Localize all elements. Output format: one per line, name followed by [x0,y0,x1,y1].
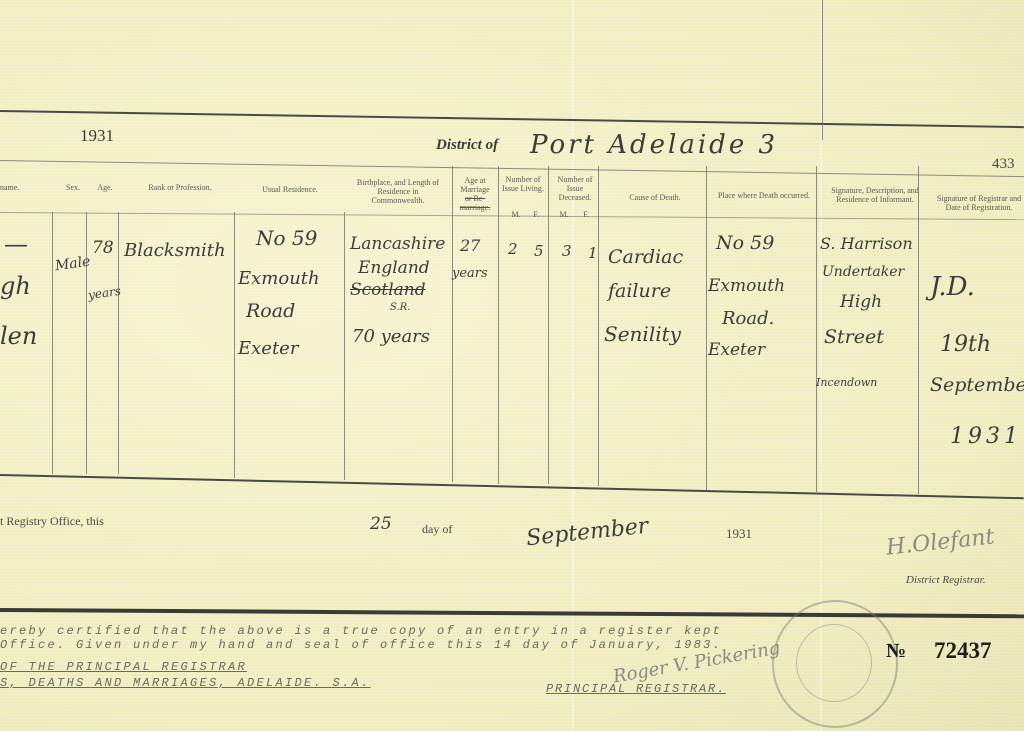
entry-age: 78 [92,238,114,258]
entry-registrar-signature: J.D. [930,272,975,302]
col-header-issue-living: Number of Issue Living. [500,175,546,193]
entry-issue-living-m: 2 [508,240,518,258]
entry-residence-line: Road [246,300,295,322]
col-divider [118,212,119,474]
entry-residence-line: Exmouth [238,268,320,289]
district-label: District of [436,137,498,154]
entry-informant-line: High [840,292,882,312]
entry-informant-name: S. Harrison [820,234,913,253]
entry-birthplace-line: England [358,258,430,278]
entry-age-at-marriage-unit: years [452,266,488,281]
entry-age-unit: years [87,284,122,302]
entry-cause-line: Senility [604,322,681,346]
certification-line-2: Office. Given under my hand and seal of … [0,638,722,652]
col-divider [706,166,707,490]
seal-inner-ring [796,624,872,702]
entry-cause-line: Cardiac [608,246,683,268]
certificate-number: 72437 [934,638,992,664]
entry-name-line: len [0,322,37,350]
principal-registrar-title: PRINCIPAL REGISTRAR. [546,682,726,696]
entry-registration-month: September [930,374,1024,396]
col-header-birthplace: Birthplace, and Length of Residence in C… [350,178,446,205]
table-bottom-rule [0,474,1024,499]
issue-living-f: F. [530,210,542,219]
age-at-marriage-struck: or Re-marriage. [460,194,490,212]
entry-place-line: Road. [722,308,774,329]
registration-day: 25 [370,514,392,534]
entry-informant-line: Street [824,326,884,348]
col-divider [52,212,53,474]
page-number: 433 [992,156,1015,173]
entry-residence-line: Exeter [238,338,298,359]
col-divider [344,212,345,480]
registration-month: September [525,514,649,552]
entry-age-at-marriage: 27 [460,236,480,255]
entry-birthplace-duration: 70 years [352,326,430,347]
entry-place-line: Exeter [708,340,765,360]
registration-day-label: day of [422,522,452,537]
col-divider [452,166,453,482]
registration-office-text: t Registry Office, this [0,514,104,529]
col-divider [86,212,87,474]
age-at-marriage-label: Age at Marriage [460,176,489,194]
col-divider [816,166,817,492]
entry-birthplace-struck: Scotland [350,280,426,300]
entry-informant-line: Incendown [816,376,877,389]
district-value: Port Adelaide 3 [530,130,778,160]
col-header-age: Age. [92,183,118,192]
registration-year: 1931 [726,526,752,542]
entry-informant-line: Undertaker [822,264,904,280]
col-header-residence: Usual Residence. [240,185,340,194]
entry-cause-line: failure [608,280,671,302]
col-header-age-at-marriage: Age at Marriage or Re-marriage. [452,176,498,212]
fold-crease [572,0,574,731]
col-divider [498,166,499,484]
official-seal [772,600,898,728]
col-header-informant: Signature, Description, and Residence of… [818,186,932,204]
certification-office-line-2: S, DEATHS AND MARRIAGES, ADELAIDE. S.A. [0,676,371,690]
entry-registration-year: 1931. [950,424,1024,449]
col-header-issue-deceased: Number of Issue Deceased. [552,175,598,202]
certificate-number-symbol: № [886,640,906,663]
col-divider [234,212,235,478]
district-registrar-signature: H.Olefant [885,524,996,560]
entry-place-line: Exmouth [708,276,785,296]
certification-office-line-1: OF THE PRINCIPAL REGISTRAR [0,660,247,674]
col-header-name: name. [0,183,28,192]
entry-birthplace-line: Lancashire [350,234,445,254]
issue-deceased-m: M. [558,210,570,219]
table-top-rule [0,110,1024,128]
entry-residence-line: No 59 [256,226,317,250]
col-divider [598,166,599,486]
col-header-profession: Rank or Profession. [128,183,232,192]
certification-line-1: ereby certified that the above is a true… [0,624,722,638]
entry-name-line: — [4,230,28,258]
issue-living-m: M. [510,210,522,219]
entry-issue-deceased-m: 3 [562,242,572,260]
entry-profession: Blacksmith [124,240,226,261]
entry-registration-day: 19th [940,332,991,357]
issue-deceased-f: F. [580,210,592,219]
entry-issue-deceased-f: 1 [588,244,598,262]
entry-name-line: gh [0,272,31,300]
col-header-registrar: Signature of Registrar and Date of Regis… [932,194,1024,212]
col-divider [548,166,549,484]
entry-issue-living-f: 5 [534,242,544,260]
district-registrar-title: District Registrar. [906,574,985,586]
col-divider [918,166,919,494]
entry-place-line: No 59 [716,232,774,254]
edge-line [822,0,823,140]
col-header-sex: Sex. [62,183,84,192]
register-year: 1931 [80,126,114,146]
col-header-cause: Cause of Death. [606,193,704,202]
col-header-place: Place where Death occurred. [712,191,816,200]
entry-birthplace-initials: S.R. [390,302,410,313]
